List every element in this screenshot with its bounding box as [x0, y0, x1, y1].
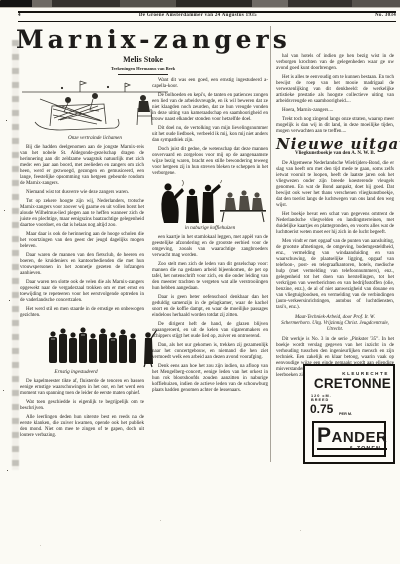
paragraph: Alle leerlingen deden hun uiterste best …	[20, 415, 144, 439]
paragraph: Denk eens aan hoe het zou zijn indien, n…	[152, 364, 268, 394]
article-column-1: Onze vertrainde lichamen Bij die hadden …	[20, 78, 144, 442]
header-rule-bottom	[18, 21, 396, 22]
article-column-2: Want dit was een goed, een ernstig inges…	[152, 78, 268, 397]
paragraph: Want dit was een goed, een ernstig inges…	[152, 78, 268, 90]
paragraph: Daar waren ten slotte ook de velen die a…	[20, 280, 144, 304]
rowing-sketch-illustration	[20, 78, 170, 134]
paragraph: De Algemeene Nederlandsche Wielrijders-B…	[276, 161, 394, 209]
paragraph: Tot op zekere hoogte zijn wij, Nederland…	[20, 199, 144, 229]
article-column-3: hal van hotels of indien ge hen bezig wi…	[276, 54, 394, 386]
choir-silhouette-illustration	[45, 322, 157, 368]
caption-cafe: in naburige koffiehuizen	[152, 225, 268, 231]
paragraph: hal van hotels of indien ge hen bezig wi…	[276, 54, 394, 72]
article-author: Melis Stoke	[16, 55, 270, 64]
newspaper-page: 4 De Groene Amsterdammer van 24 Augustus…	[0, 0, 400, 564]
paragraph: Maar daar is ook de herinnering aan de h…	[20, 232, 144, 250]
section-heading-nieuwe-uitgaven: Nieuwe uitgaven	[276, 141, 394, 147]
article-title: Marnix-zangers	[16, 25, 270, 54]
paragraph: Wat toen geschiedde is eigenlijk te begr…	[20, 400, 144, 412]
paragraph: Het boekje bevat een schat van gegevens …	[276, 212, 394, 236]
paragraph: Niemand wist tot dusverre wie deze zange…	[20, 190, 144, 196]
paragraph: Daar waren de mannen van den fietsclub, …	[20, 253, 144, 277]
paragraph: De dirigent heft de hand, de glazen blij…	[152, 322, 268, 340]
paragraph: Doch juist dit gedoe, de wetenschap dat …	[152, 147, 268, 177]
paragraph: Het is alles te eenvoudig om te kunnen b…	[276, 75, 394, 105]
issue-number: No. 3034	[375, 13, 396, 18]
paragraph: Trekt toch nog zingend langs onze strate…	[276, 117, 394, 135]
paragraph: Daar is geen beter oefenschool denkbaar …	[152, 295, 268, 319]
pander-brand-initial: P	[317, 424, 332, 447]
paragraph: Men vindt er met opgaaf van de punten va…	[276, 239, 394, 311]
paragraph: De kapelmeester tikte af, fluisterde de …	[20, 379, 144, 397]
illustration-credit: Teekeningen Hermanus van Beek	[16, 66, 270, 71]
paragraph: Dit doel nu, de vertolking van mijn liev…	[152, 126, 268, 144]
paragraph: een kaartje in het stamlokaal leggen, me…	[152, 235, 268, 259]
scan-speckles	[0, 0, 1, 1]
caption-choir: Ernstig ingestudeerd	[20, 369, 132, 375]
page-header: 4 De Groene Amsterdammer van 24 Augustus…	[18, 13, 396, 18]
caption-rowing: Onze vertrainde lichamen	[20, 135, 170, 141]
pander-brand-rest: ANDER	[332, 429, 388, 446]
ad-price: 0.75	[310, 402, 333, 416]
ad-product-name: CRETONNE	[314, 376, 391, 391]
paragraph: De bolhoeden en kepi's, de tanten en pat…	[152, 93, 268, 123]
fold-crease-artifact	[12, 40, 19, 470]
ad-price-unit: PER M.	[339, 412, 352, 416]
masthead: De Groene Amsterdammer van 24 Augustus 1…	[21, 13, 375, 18]
book-citation: Maat-Techniek-Arbeid, door Prof. Ir. W. …	[280, 315, 390, 333]
scan-edge-artifact	[0, 0, 400, 8]
pander-brand-suffix: & ZONEN	[349, 446, 381, 452]
paragraph: Hoera, Marnix-zangers....	[276, 108, 394, 114]
paragraph: Zoo stelt men zich de leden van dit geze…	[152, 262, 268, 292]
column-rule	[270, 26, 271, 462]
cafe-silhouette-illustration	[152, 180, 268, 224]
paragraph: Bij die hadden deelgenomen aan de jongst…	[20, 145, 144, 187]
cretonne-advertisement: KLEURECHTE CRETONNE 120 cM. BREED 0.75 P…	[303, 364, 395, 464]
credit-rule	[118, 74, 168, 75]
pander-logo: PANDER & ZONEN	[312, 421, 386, 457]
paragraph: Het werd stil en men staarde in de ernst…	[20, 307, 144, 319]
paragraph: Dan, als het uur gekomen is, trekken zij…	[152, 343, 268, 361]
